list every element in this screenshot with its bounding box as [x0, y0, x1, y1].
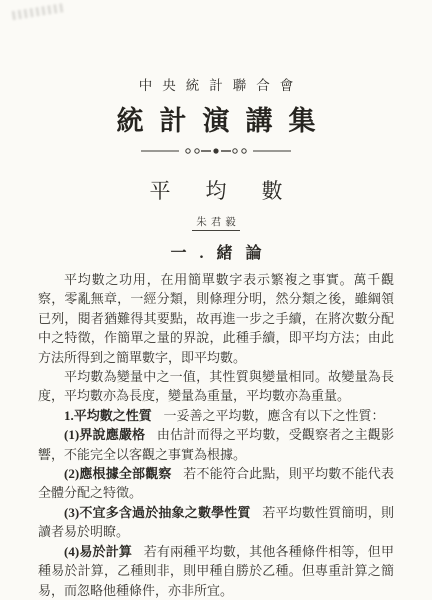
scanned-book-page: 中央統計聯合會 統計演講集 平均數 朱君毅 一.緒論 平均數之功用，在用簡單數字… [0, 0, 432, 600]
organization-name: 中央統計聯合會 [0, 74, 432, 94]
paragraph-label: (1)界說應嚴格 [64, 427, 145, 442]
paragraph-property-4: (4)易於計算若有兩種平均數，其他各種條件相等，但甲種易於計算，乙種則非，則甲種… [38, 542, 394, 600]
paragraph-property-1: (1)界說應嚴格由估計而得之平均數，受觀察者之主觀影響，不能完全以客觀之事實為根… [38, 425, 394, 464]
paragraph-intro: 平均數之功用，在用簡單數字表示繁複之事實。萬千觀察，零亂無章，一經分類，則條理分… [38, 270, 394, 367]
book-title: 統計演講集 [0, 99, 432, 138]
paragraph-label: (2)應根據全部觀察 [64, 466, 172, 481]
paragraph-label: (4)易於計算 [64, 544, 132, 559]
pencil-smudge [12, 3, 67, 20]
paragraph-text: 一妥善之平均數，應含有以下之性質： [163, 408, 384, 423]
title-divider-ornament [141, 147, 291, 155]
author-name: 朱君毅 [192, 214, 240, 231]
paragraph-label: (3)不宜多含過於抽象之數學性質 [64, 505, 251, 520]
paragraph-property-2: (2)應根據全部觀察若不能符合此點，則平均數不能代表全體分配之特徵。 [38, 464, 394, 503]
paragraph-text: 平均數為變量中之一值，其性質與變量相同。故變量為長度，平均數亦為長度，變量為重量… [38, 369, 394, 403]
paragraph-variable: 平均數為變量中之一值，其性質與變量相同。故變量為長度，平均數亦為長度，變量為重量… [38, 367, 394, 406]
section-heading: 一.緒論 [0, 240, 432, 263]
paragraph-property-3: (3)不宜多含過於抽象之數學性質若平均數性質簡明，則讀者易於明瞭。 [38, 503, 394, 542]
author-row: 朱君毅 [0, 212, 432, 231]
paragraph-text: 平均數之功用，在用簡單數字表示繁複之事實。萬千觀察，零亂無章，一經分類，則條理分… [38, 272, 394, 365]
article-body: 平均數之功用，在用簡單數字表示繁複之事實。萬千觀察，零亂無章，一經分類，則條理分… [38, 270, 394, 600]
paragraph-label: 1.平均數之性質 [64, 408, 152, 423]
article-title: 平均數 [0, 175, 432, 205]
paragraph-properties-heading: 1.平均數之性質一妥善之平均數，應含有以下之性質： [38, 406, 394, 425]
